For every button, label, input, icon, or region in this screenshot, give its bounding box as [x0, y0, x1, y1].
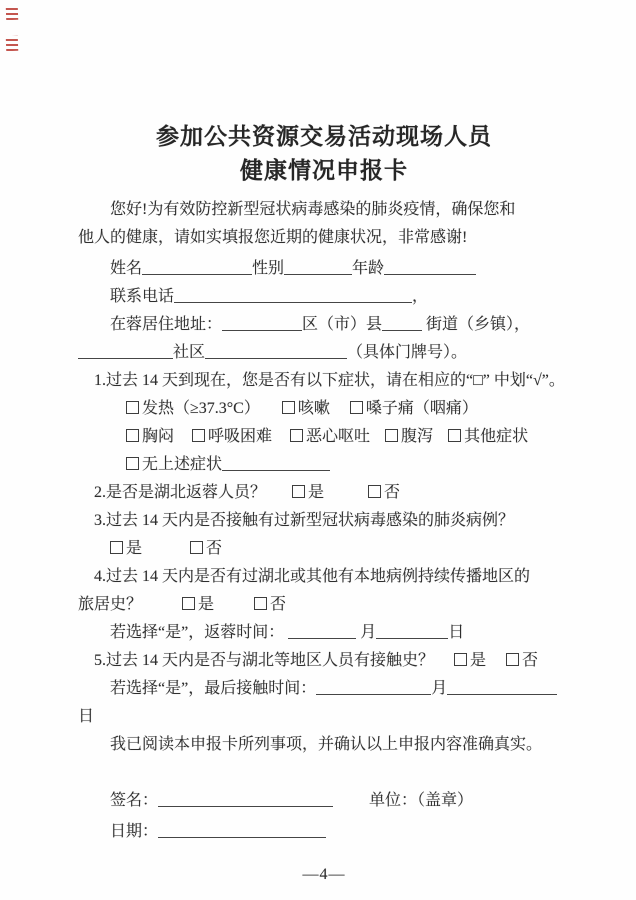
symptom-label: 无上述症状: [142, 456, 222, 473]
checkbox-icon[interactable]: [290, 429, 303, 442]
question-5-text: 5.过去 14 天内是否与湖北等地区人员有接触史？: [94, 652, 434, 669]
symptom-label: 呼吸困难: [208, 428, 272, 445]
question-3-text: 3.过去 14 天内是否接触有过新型冠状病毒感染的肺炎病例？: [78, 507, 570, 535]
red-scan-mark-2: [6, 36, 19, 51]
contact-month-blank[interactable]: [316, 679, 431, 695]
red-scan-mark-1: [6, 7, 18, 20]
no-label: 否: [384, 484, 400, 501]
form-title-line1: 参加公共资源交易活动现场人员: [78, 120, 570, 154]
question-5: 5.过去 14 天内是否与湖北等地区人员有接触史？是否: [78, 647, 570, 675]
symptom-row-3: 无上述症状: [78, 451, 570, 479]
symptom-label: 腹泻: [401, 428, 433, 445]
symptom-option: 嗓子痛（咽痛）: [350, 400, 478, 417]
name-label: 姓名: [110, 260, 142, 277]
street-label: 街道（乡镇），: [426, 316, 530, 333]
community-blank-1[interactable]: [78, 343, 173, 359]
signature-line: 签名：单位：（盖章）: [78, 785, 570, 816]
signature-blank[interactable]: [158, 791, 333, 807]
symptom-option: 发热（≥37.3°C）: [126, 400, 260, 417]
symptom-label: 胸闷: [142, 428, 174, 445]
signature-label: 签名：: [110, 792, 158, 809]
no-label: 否: [206, 540, 222, 557]
declaration-text: 我已阅读本申报卡所列事项，并确认以上申报内容准确真实。: [78, 731, 570, 759]
yes-option: 是: [110, 540, 142, 557]
yes-label: 是: [308, 484, 324, 501]
symptom-label: 恶心呕吐: [306, 428, 370, 445]
question-4-conditional: 若选择“是”，返蓉时间： 月日: [78, 619, 570, 647]
form-title: 参加公共资源交易活动现场人员 健康情况申报卡: [78, 120, 570, 188]
checkbox-icon[interactable]: [110, 541, 123, 554]
symptom-option: 呼吸困难: [192, 428, 272, 445]
symptom-row-2: 胸闷呼吸困难恶心呕吐腹泻其他症状: [78, 423, 570, 451]
checkbox-icon[interactable]: [448, 429, 461, 442]
age-label: 年龄: [352, 260, 384, 277]
intro-paragraph: 您好!为有效防控新型冠状病毒感染的肺炎疫情，确保您和他人的健康，请如实填报您近期…: [78, 196, 530, 252]
checkbox-icon[interactable]: [368, 485, 381, 498]
contact-day-blank[interactable]: [447, 679, 557, 695]
no-option: 否: [190, 540, 222, 557]
community-label: 社区: [173, 344, 205, 361]
checkbox-icon[interactable]: [254, 597, 267, 610]
date-line: 日期：: [78, 816, 570, 847]
gender-label: 性别: [252, 260, 284, 277]
no-label: 否: [270, 596, 286, 613]
checkbox-icon[interactable]: [126, 457, 139, 470]
checkbox-icon[interactable]: [385, 429, 398, 442]
unit-seal-label: 单位：（盖章）: [369, 792, 473, 809]
checkbox-icon[interactable]: [506, 653, 519, 666]
field-line-community: 社区（具体门牌号）。: [78, 339, 570, 367]
symptom-label: 咳嗽: [298, 400, 330, 417]
month-label: 月: [360, 624, 376, 641]
question-1-text: 1.过去 14 天到现在，您是否有以下症状，请在相应的“□” 中划“√”。: [78, 367, 570, 395]
return-time-label: 若选择“是”，返蓉时间：: [110, 624, 284, 641]
symptom-row-1: 发热（≥37.3°C）咳嗽嗓子痛（咽痛）: [78, 395, 570, 423]
yes-label: 是: [198, 596, 214, 613]
last-contact-time-label: 若选择“是”，最后接触时间：: [110, 680, 316, 697]
phone-blank[interactable]: [174, 287, 412, 303]
question-2-text: 2.是否是湖北返蓉人员？: [94, 484, 266, 501]
question-3-options: 是否: [78, 535, 570, 563]
county-blank[interactable]: [382, 315, 422, 331]
checkbox-icon[interactable]: [190, 541, 203, 554]
symptom-option: 无上述症状: [126, 456, 222, 473]
no-option: 否: [506, 652, 538, 669]
symptom-label: 发热（≥37.3°C）: [142, 400, 260, 417]
day-label: 日: [78, 708, 94, 725]
yes-option: 是: [454, 652, 486, 669]
address-label: 在蓉居住地址：: [110, 316, 222, 333]
symptom-option: 咳嗽: [282, 400, 330, 417]
symptom-checklist: 发热（≥37.3°C）咳嗽嗓子痛（咽痛） 胸闷呼吸困难恶心呕吐腹泻其他症状 无上…: [78, 395, 570, 479]
house-number-label: （具体门牌号）。: [347, 344, 467, 361]
question-2: 2.是否是湖北返蓉人员？是否: [78, 479, 570, 507]
checkbox-icon[interactable]: [192, 429, 205, 442]
symptom-option: 腹泻: [385, 428, 433, 445]
field-line-phone: 联系电话，: [78, 283, 570, 311]
no-label: 否: [522, 652, 538, 669]
date-label: 日期：: [110, 823, 158, 840]
signature-block: 签名：单位：（盖章） 日期：: [78, 785, 570, 847]
phone-comma: ，: [412, 288, 428, 305]
no-option: 否: [368, 484, 400, 501]
gender-blank[interactable]: [284, 259, 352, 275]
phone-label: 联系电话: [110, 288, 174, 305]
yes-label: 是: [126, 540, 142, 557]
checkbox-icon[interactable]: [292, 485, 305, 498]
checkbox-icon[interactable]: [350, 401, 363, 414]
field-line-name-gender-age: 姓名性别年龄: [78, 255, 570, 283]
yes-label: 是: [470, 652, 486, 669]
age-blank[interactable]: [384, 259, 476, 275]
name-blank[interactable]: [142, 259, 252, 275]
page-number: —4—: [78, 861, 570, 889]
checkbox-icon[interactable]: [126, 429, 139, 442]
symptom-label: 嗓子痛（咽痛）: [366, 400, 478, 417]
question-4: 4.过去 14 天内是否有过湖北或其他有本地病例持续传播地区的旅居史？是否: [78, 563, 530, 619]
checkbox-icon[interactable]: [182, 597, 195, 610]
checkbox-icon[interactable]: [126, 401, 139, 414]
form-title-line2: 健康情况申报卡: [78, 154, 570, 188]
district-label: 区（市）县: [302, 316, 382, 333]
district-blank[interactable]: [222, 315, 302, 331]
date-blank[interactable]: [158, 822, 326, 838]
yes-option: 是: [182, 596, 214, 613]
return-month-blank[interactable]: [288, 623, 356, 639]
question-4-text: 4.过去 14 天内是否有过湖北或其他有本地病例持续传播地区的旅居史？: [78, 568, 530, 613]
symptom-option: 恶心呕吐: [290, 428, 370, 445]
symptom-option: 其他症状: [448, 428, 528, 445]
scanned-form-page: 参加公共资源交易活动现场人员 健康情况申报卡 您好!为有效防控新型冠状病毒感染的…: [0, 0, 636, 900]
month-label: 月: [431, 680, 447, 697]
community-blank-2[interactable]: [205, 343, 347, 359]
form-content: 参加公共资源交易活动现场人员 健康情况申报卡 您好!为有效防控新型冠状病毒感染的…: [78, 0, 570, 889]
no-symptom-blank[interactable]: [222, 455, 330, 471]
field-line-address: 在蓉居住地址：区（市）县 街道（乡镇），: [78, 311, 570, 339]
no-option: 否: [254, 596, 286, 613]
checkbox-icon[interactable]: [454, 653, 467, 666]
symptom-option: 胸闷: [126, 428, 174, 445]
return-day-blank[interactable]: [376, 623, 448, 639]
checkbox-icon[interactable]: [282, 401, 295, 414]
day-label: 日: [448, 624, 464, 641]
question-5-conditional: 若选择“是”，最后接触时间：月日: [78, 675, 570, 731]
symptom-label: 其他症状: [464, 428, 528, 445]
personal-info-fields: 姓名性别年龄 联系电话， 在蓉居住地址：区（市）县 街道（乡镇）， 社区（具体门…: [78, 255, 570, 367]
yes-option: 是: [292, 484, 324, 501]
